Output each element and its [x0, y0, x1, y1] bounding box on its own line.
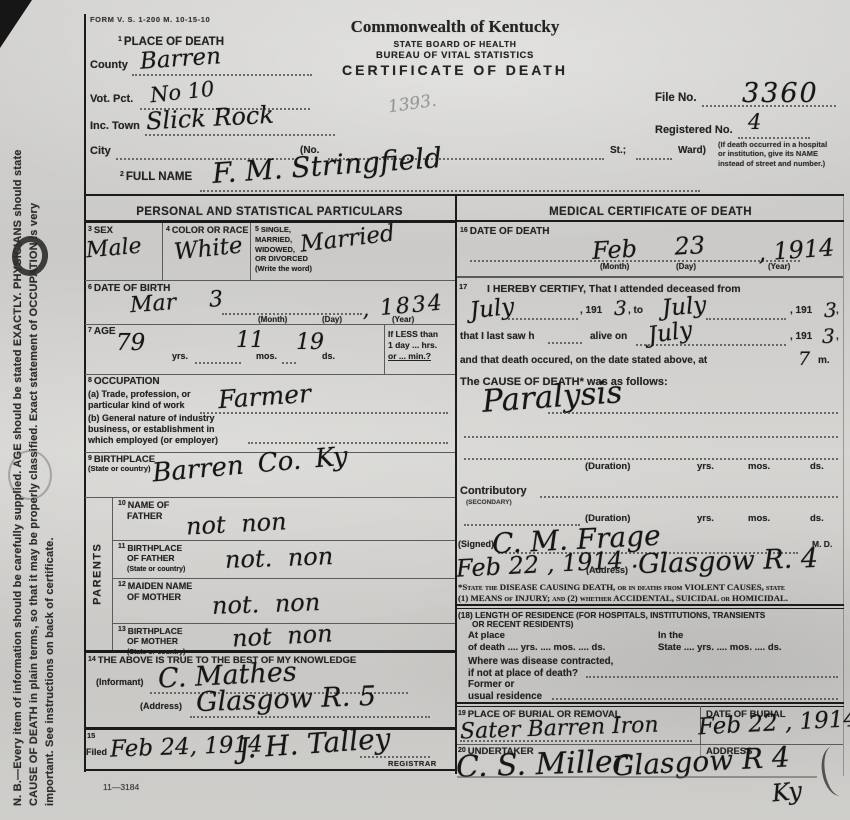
sex-label: 3SEX — [88, 226, 113, 236]
rule-right-frame — [843, 196, 844, 776]
registered-no-value: 4 — [748, 112, 761, 133]
age-months-value: 11 — [236, 330, 264, 352]
medical-section-title: MEDICAL CERTIFICATE OF DEATH — [457, 206, 844, 218]
inc-town-value: Slick Rock — [145, 103, 274, 134]
comma-1: , — [836, 306, 839, 317]
residence-label-line2: OR RECENT RESIDENTS) — [472, 620, 573, 629]
alive-on-label: alive on — [590, 332, 627, 343]
plate-number: 11—3184 — [103, 783, 139, 792]
registered-no-line — [738, 137, 810, 139]
occupation-value: Farmer — [217, 381, 311, 412]
rule-top-divider — [84, 194, 844, 196]
item15-number: 15 — [87, 732, 95, 740]
age-mos-label: mos. — [256, 352, 277, 361]
county-label: County — [90, 60, 128, 72]
occupation-a-label: (a) Trade, profession, orparticular kind… — [88, 389, 191, 411]
rule — [162, 223, 163, 280]
personal-section-title: PERSONAL AND STATISTICAL PARTICULARS — [84, 206, 455, 218]
state-board-subtitle: STATE BOARD OF HEALTH — [290, 40, 620, 49]
rule — [85, 374, 455, 375]
vot-pct-value: No 10 — [149, 79, 215, 107]
rule — [457, 702, 844, 704]
vot-pct-label: Vot. Pct. — [90, 94, 133, 106]
cause-line1 — [548, 412, 838, 414]
contracted-line — [586, 676, 838, 678]
year-printed-3: , 191 — [790, 332, 812, 343]
age-less-label: If LESS than 1 day ... hrs. or ... min.? — [388, 329, 438, 362]
full-name-line — [200, 190, 700, 192]
margin-note-line1: N. B.—Every item of information should b… — [12, 149, 24, 806]
filed-label: Filed — [86, 748, 107, 757]
city-line3 — [636, 158, 672, 160]
age-label: 7AGE — [88, 327, 116, 338]
mother-name-label: 12MAIDEN NAME OF MOTHER — [118, 581, 192, 603]
file-no-value: 3360 — [742, 80, 819, 107]
father-birthplace-label: 11BIRTHPLACE OF FATHER (State or country… — [118, 543, 185, 575]
marital-value: Married — [299, 222, 396, 256]
duration1-ds: ds. — [810, 462, 824, 472]
age-line1 — [195, 362, 241, 364]
form-number: FORM V. S. 1-200 M. 10-15-10 — [90, 16, 210, 24]
full-name-value: F. M. Stringfield — [211, 144, 443, 188]
year-printed-1: , 191 — [580, 306, 602, 317]
rule — [85, 280, 455, 281]
inc-town-label: Inc. Town — [90, 121, 140, 133]
father-name-label: 10NAME OF FATHER — [118, 500, 169, 522]
footnote-line1: *State the DISEASE CAUSING DEATH, or in … — [458, 583, 785, 592]
rule — [457, 776, 817, 778]
rule — [84, 650, 455, 653]
attended-to-line — [706, 318, 786, 320]
comma-2: , — [836, 332, 839, 343]
birthplace-value: Barren Co. Ky — [151, 444, 348, 487]
rule — [457, 706, 844, 707]
signed-label: (Signed) — [458, 540, 494, 549]
city-st-label: St.; — [610, 146, 626, 157]
county-value: Barren — [139, 45, 221, 74]
inc-town-line — [145, 134, 335, 136]
dod-label: 16DATE OF DEATH — [460, 227, 549, 238]
in-state-label: In theState .... yrs. .... mos. .... ds. — [658, 630, 782, 654]
registrar-label: REGISTRAR — [388, 760, 437, 768]
cause-line3 — [464, 458, 838, 460]
duration2-ds: ds. — [810, 514, 824, 524]
physician-address-value: Glasgow R. 4 — [638, 545, 819, 578]
signed-date-value: Feb 22 , 1914 . — [455, 547, 638, 581]
age-line2 — [282, 362, 296, 364]
rule — [85, 324, 455, 325]
city-ward-label: Ward) — [678, 146, 706, 157]
rule — [85, 497, 455, 498]
duration1-label: (Duration) — [585, 462, 630, 472]
at-place-label: At placeof death .... yrs. .... mos. ...… — [468, 630, 605, 654]
registrar-line — [360, 756, 430, 758]
item17-number: 17 — [459, 283, 467, 291]
last-saw-line1 — [548, 342, 582, 344]
pencil-annotation: 1393. — [387, 93, 438, 117]
age-ds-label: ds. — [322, 352, 335, 361]
file-no-label: File No. — [655, 92, 697, 104]
duration2-yrs: yrs. — [697, 514, 714, 524]
death-m-label: m. — [818, 356, 830, 367]
informant-address-value: Glasgow R. 5 — [196, 683, 377, 716]
birthplace-sub-label: (State or country) — [88, 465, 151, 473]
dod-year-label: (Year) — [768, 263, 790, 271]
father-birthplace-value: not. non — [225, 544, 334, 572]
margin-note-line3: important. See instructions on back of c… — [44, 537, 56, 806]
rule — [113, 540, 455, 541]
duration2-mos: mos. — [748, 514, 770, 524]
commonwealth-title: Commonwealth of Kentucky — [290, 18, 620, 36]
city-label: City — [90, 146, 111, 158]
occupation-label: 8OCCUPATION — [88, 377, 160, 388]
father-name-value: not non — [185, 509, 287, 538]
last-saw-statement: that I last saw h — [460, 332, 534, 343]
pen-stroke-artifact — [818, 744, 850, 798]
race-value: White — [173, 234, 244, 264]
duration1-mos: mos. — [748, 462, 770, 472]
secondary-label: (SECONDARY) — [466, 500, 512, 507]
age-years-value: 79 — [116, 332, 145, 355]
undertaker-value: C. S. Miller — [456, 747, 628, 783]
death-occurred-statement: and that death occured, on the date stat… — [460, 356, 707, 367]
attended-from-line — [508, 318, 578, 320]
former-residence-label: Former orusual residence — [468, 679, 542, 703]
last-year-digit: 3 — [822, 326, 835, 346]
mother-name-value: not. non — [212, 590, 321, 618]
rule — [457, 604, 844, 606]
from-year-digit: 3 — [614, 298, 627, 318]
cause-line2 — [464, 436, 838, 438]
duration1-yrs: yrs. — [697, 462, 714, 472]
burial-date-value: Feb 22 , 1914. — [698, 708, 850, 740]
rule-left-frame — [84, 14, 86, 772]
parents-vertical-label: PARENTS — [84, 497, 112, 651]
registered-no-label: Registered No. — [655, 125, 733, 137]
rule-left-header — [84, 220, 455, 223]
certificate-title: CERTIFICATE OF DEATH — [290, 63, 620, 78]
dob-value: Mar 3 — [129, 289, 223, 317]
rule — [113, 578, 455, 579]
former-residence-line — [552, 698, 838, 700]
dod-month-label: (Month) — [600, 263, 629, 271]
rule — [250, 223, 251, 280]
rule-column-divider — [455, 196, 457, 774]
hospital-note: (If death occurred in a hospital or inst… — [718, 140, 836, 168]
contributory-line — [540, 496, 838, 498]
to-year-digit: 3 — [824, 300, 837, 320]
margin-note-line2: CAUSE OF DEATH in plain terms, so that i… — [28, 203, 40, 806]
to-label: , to — [628, 306, 643, 317]
occupation-b-label: (b) General nature of industrybusiness, … — [88, 413, 218, 445]
dod-year-value: , 1914 — [757, 235, 835, 264]
physician-address-label: (Address) — [586, 566, 628, 575]
occupation-b-line — [248, 442, 448, 444]
dod-value: Feb 23 — [591, 233, 705, 263]
mother-birthplace-label: 13BIRTHPLACE OF MOTHER (State or country… — [118, 626, 185, 658]
bureau-subtitle: BUREAU OF VITAL STATISTICS — [290, 51, 620, 61]
dod-day-label: (Day) — [676, 263, 696, 271]
rule — [384, 324, 385, 374]
age-yrs-label: yrs. — [172, 352, 188, 361]
contributory-label: Contributory — [460, 486, 527, 498]
mother-birthplace-value: not non — [231, 621, 333, 650]
rule — [84, 769, 455, 771]
county-line — [132, 74, 312, 76]
informant-label: (Informant) — [96, 678, 144, 687]
rule — [457, 276, 843, 278]
year-printed-2: , 191 — [790, 306, 812, 317]
rule-right-header — [457, 220, 844, 222]
last-saw-month-value: July — [647, 319, 694, 348]
sex-value: Male — [85, 236, 142, 263]
full-name-label: 2FULL NAME — [120, 171, 192, 183]
undertaker-address2-value: Ky — [771, 779, 803, 806]
age-days-value: 19 — [296, 332, 324, 354]
footnote-line2: (1) MEANS of INJURY; and (2) whether ACC… — [458, 594, 788, 603]
death-hour-value: 7 — [798, 350, 810, 369]
scan-corner-artifact — [0, 0, 32, 48]
death-certificate-scan: N. B.—Every item of information should b… — [0, 0, 850, 820]
rule — [457, 608, 844, 609]
informant-address-label: (Address) — [140, 702, 182, 711]
rule — [112, 497, 113, 651]
